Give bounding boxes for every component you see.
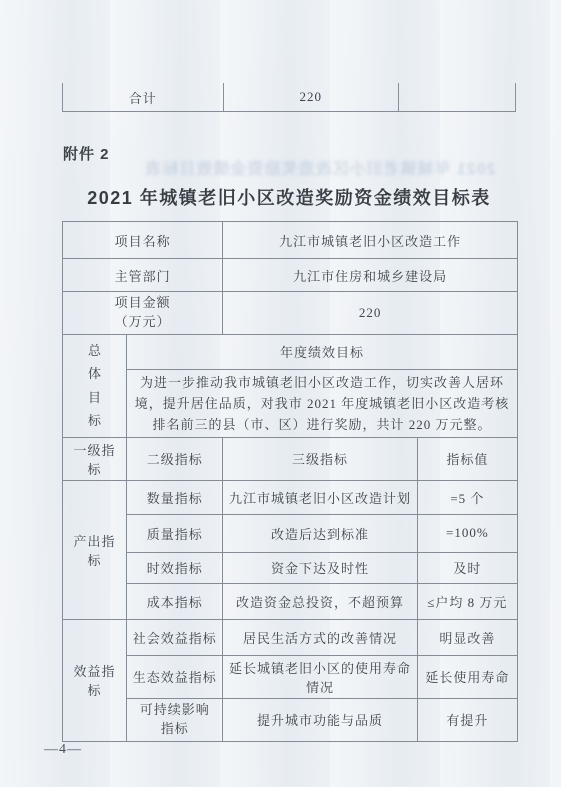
indicator-level2: 社会效益指标 xyxy=(127,619,223,655)
indicator-level3: 九江市城镇老旧小区改造计划 xyxy=(223,480,417,514)
table-row: 项目名称 九江市城镇老旧小区改造工作 xyxy=(63,222,518,259)
bleed-through-text: 2021 年城镇老旧小区改造奖励资金绩效目标表 xyxy=(110,156,530,179)
authority-label: 主管部门 xyxy=(63,259,223,292)
summary-empty-cell xyxy=(398,83,516,111)
document-page: { "top_table": { "cells": ["合计", "220", … xyxy=(0,0,561,787)
authority-value: 九江市住房和城乡建设局 xyxy=(223,259,518,292)
table-row: 产出指标 数量指标 九江市城镇老旧小区改造计划 =5 个 xyxy=(63,480,518,514)
project-name-value: 九江市城镇老旧小区改造工作 xyxy=(223,222,518,259)
table-row: 效益指标 社会效益指标 居民生活方式的改善情况 明显改善 xyxy=(63,619,518,655)
annual-goal-text: 为进一步推动我市城镇老旧小区改造工作，切实改善人居环境，提升居住品质，对我市 2… xyxy=(127,369,518,437)
summary-total-label: 合计 xyxy=(62,83,223,111)
project-amount-value: 220 xyxy=(223,292,518,335)
indicator-level3: 提升城市功能与品质 xyxy=(223,698,417,741)
indicator-level2: 生态效益指标 xyxy=(127,655,223,698)
summary-table-fragment: 合计 220 xyxy=(62,83,516,112)
indicator-level2-text: 可持续影响指标 xyxy=(140,701,210,739)
page-title: 2021 年城镇老旧小区改造奖励资金绩效目标表 xyxy=(62,184,516,210)
table-row: 生态效益指标 延长城镇老旧小区的使用寿命情况 延长使用寿命 xyxy=(63,655,518,698)
indicator-value: ≤户均 8 万元 xyxy=(417,583,517,619)
indicator-value: =100% xyxy=(417,514,517,552)
page-number: —4— xyxy=(44,742,82,758)
indicator-level3: 资金下达及时性 xyxy=(223,552,417,583)
table-row: 时效指标 资金下达及时性 及时 xyxy=(63,552,518,583)
summary-total-value: 220 xyxy=(223,83,398,111)
indicator-value: 延长使用寿命 xyxy=(417,655,517,698)
table-row: 可持续影响指标 提升城市功能与品质 有提升 xyxy=(63,698,518,741)
table-header-row: 一级指标 二级指标 三级指标 指标值 xyxy=(63,437,518,480)
table-row: 主管部门 九江市住房和城乡建设局 xyxy=(63,259,518,292)
indicator-value: 及时 xyxy=(417,552,517,583)
indicator-value: 明显改善 xyxy=(417,619,517,655)
indicator-level2: 时效指标 xyxy=(127,552,223,583)
table-row: 项目金额 （万元） 220 xyxy=(63,292,518,335)
indicator-level3: 改造后达到标准 xyxy=(223,514,417,552)
overall-goal-label-text: 总体目标 xyxy=(87,339,103,433)
header-level1: 一级指标 xyxy=(63,437,127,480)
attachment-label: 附件 2 xyxy=(63,143,110,164)
output-indicator-group-label: 产出指标 xyxy=(63,480,127,619)
header-level2: 二级指标 xyxy=(127,437,223,480)
benefit-indicator-group-label: 效益指标 xyxy=(63,619,127,741)
table-row: 成本指标 改造资金总投资，不超预算 ≤户均 8 万元 xyxy=(63,583,518,619)
header-level3: 三级指标 xyxy=(223,437,417,480)
indicator-level3: 居民生活方式的改善情况 xyxy=(223,619,417,655)
table-row: 为进一步推动我市城镇老旧小区改造工作，切实改善人居环境，提升居住品质，对我市 2… xyxy=(63,369,518,437)
project-amount-label: 项目金额 （万元） xyxy=(63,292,223,335)
indicator-value: 有提升 xyxy=(417,698,517,741)
indicator-level2: 数量指标 xyxy=(127,480,223,514)
indicator-level2: 可持续影响指标 xyxy=(127,698,223,741)
performance-target-table: 项目名称 九江市城镇老旧小区改造工作 主管部门 九江市住房和城乡建设局 项目金额… xyxy=(62,221,518,742)
annual-goal-header: 年度绩效目标 xyxy=(127,334,518,369)
header-value: 指标值 xyxy=(417,437,517,480)
overall-goal-label: 总体目标 xyxy=(63,334,127,437)
indicator-value: =5 个 xyxy=(417,480,517,514)
indicator-level3: 改造资金总投资，不超预算 xyxy=(223,583,417,619)
table-row: 质量指标 改造后达到标准 =100% xyxy=(63,514,518,552)
table-row: 总体目标 年度绩效目标 xyxy=(63,334,518,369)
project-name-label: 项目名称 xyxy=(63,222,223,259)
indicator-level2: 成本指标 xyxy=(127,583,223,619)
indicator-level3: 延长城镇老旧小区的使用寿命情况 xyxy=(223,655,417,698)
indicator-level2: 质量指标 xyxy=(127,514,223,552)
